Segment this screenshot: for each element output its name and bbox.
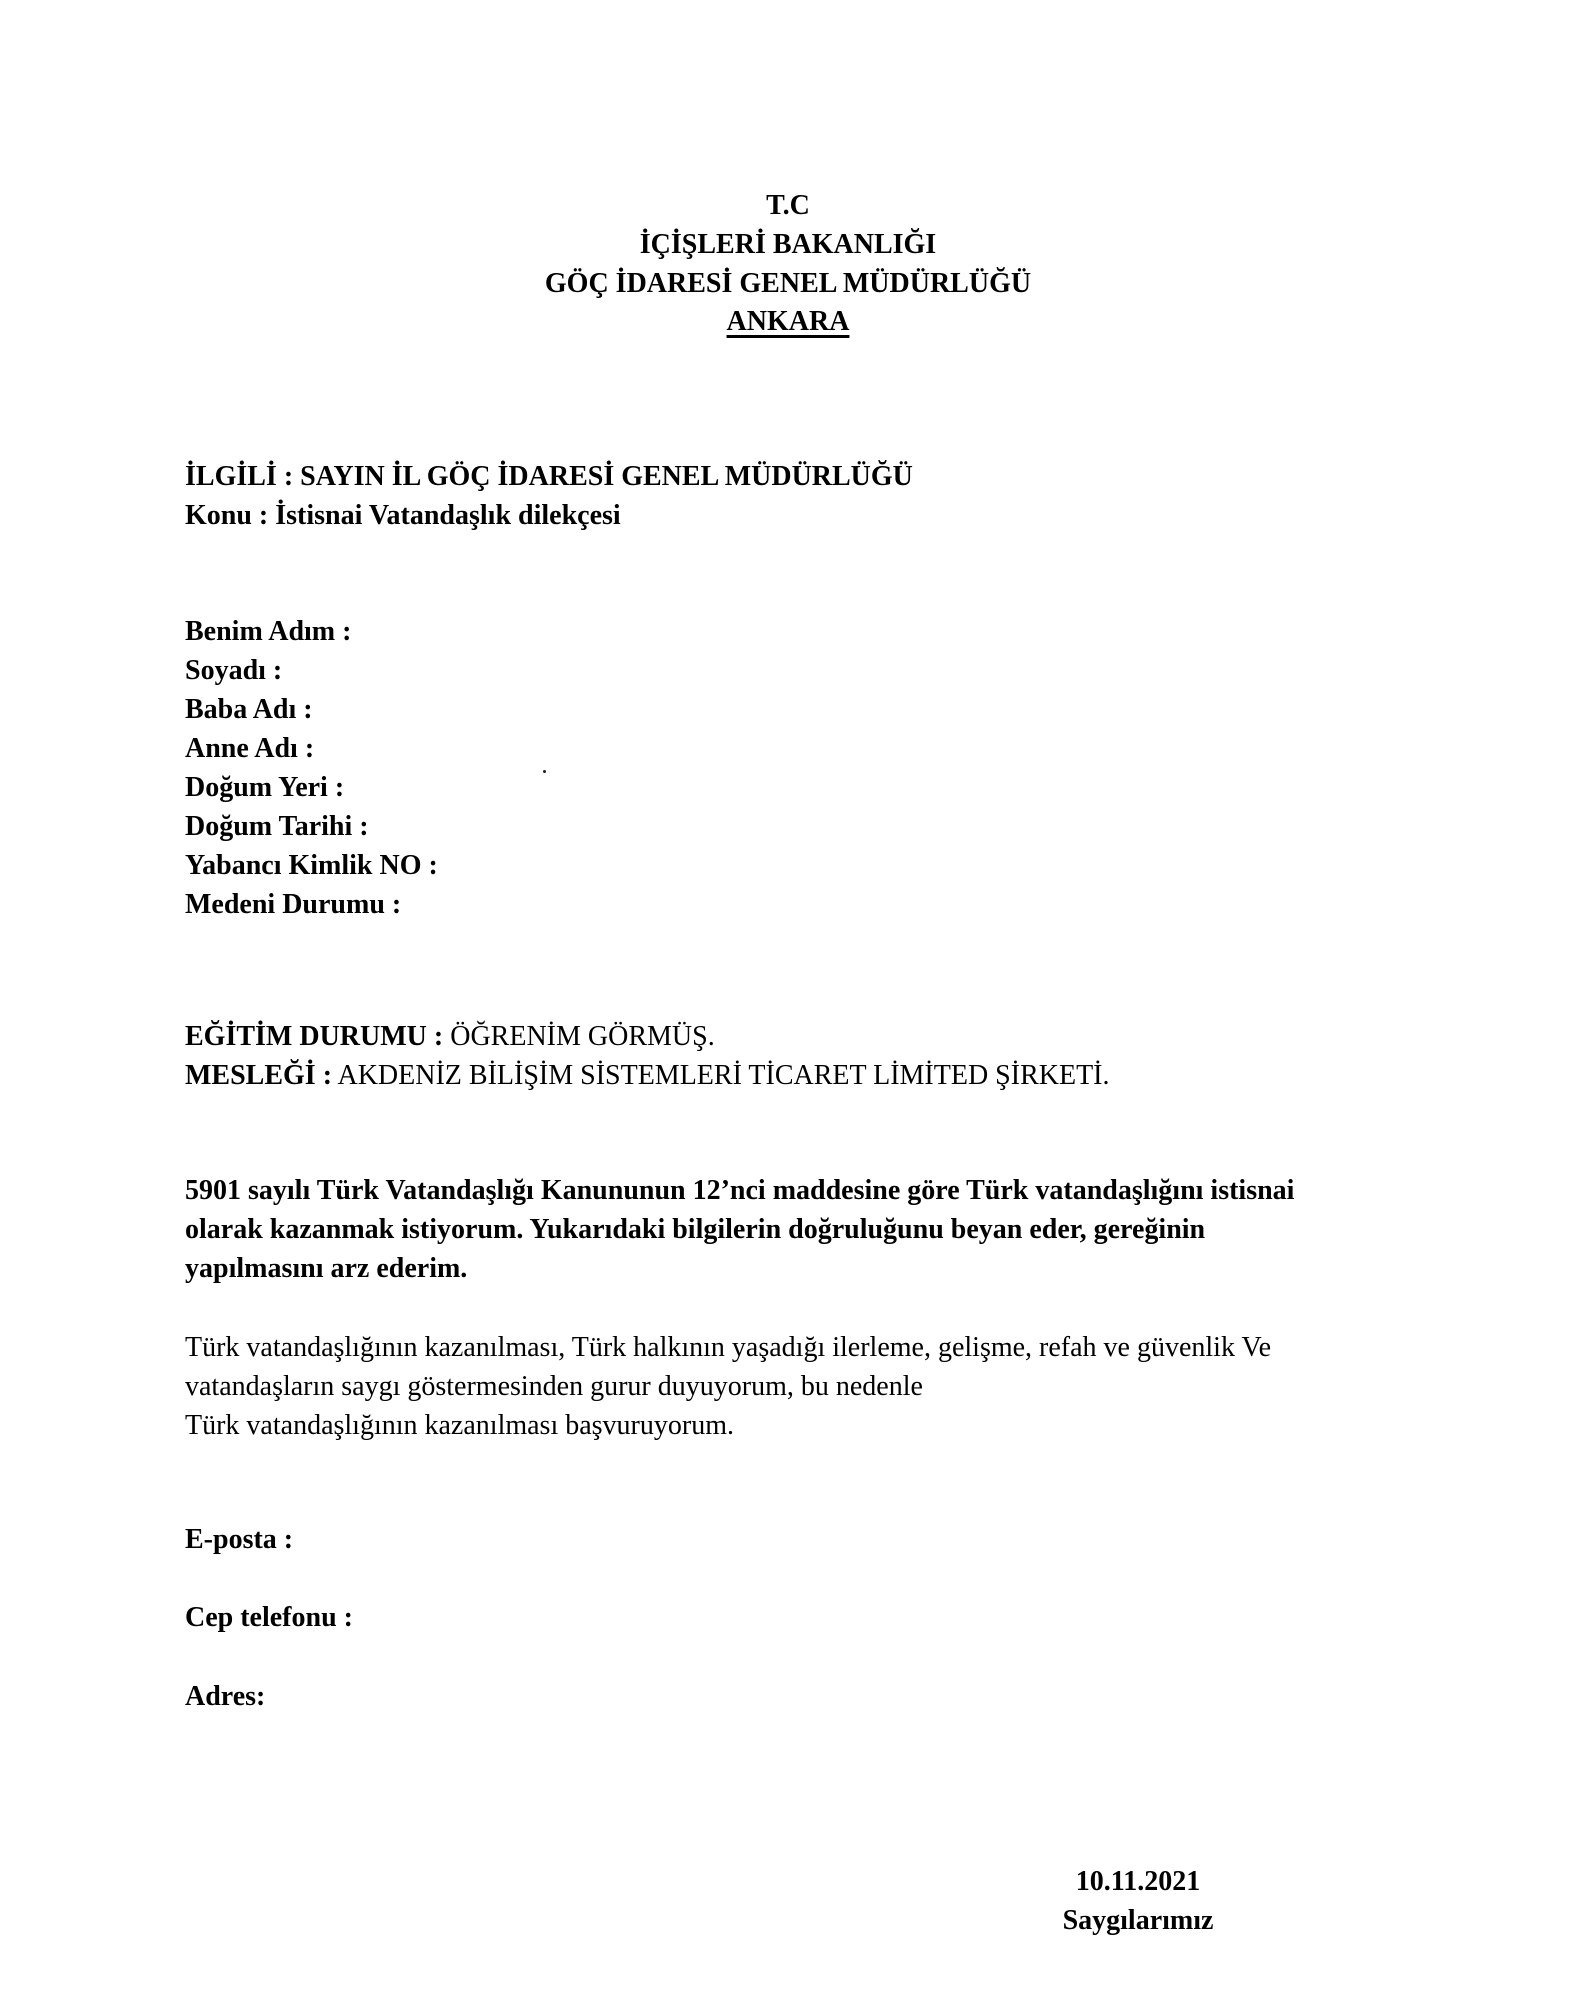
header-tc: T.C xyxy=(0,192,1576,220)
field-foreign-id: Yabancı Kimlik NO : xyxy=(185,852,438,880)
header-city: ANKARA xyxy=(0,308,1576,336)
field-address: Adres: xyxy=(185,1683,265,1711)
header-city-text: ANKARA xyxy=(727,306,850,337)
statement-line-3: Türk vatandaşlığının kazanılması başvuru… xyxy=(185,1412,734,1440)
header-ministry: İÇİŞLERİ BAKANLIĞI xyxy=(0,231,1576,259)
field-first-name: Benim Adım : xyxy=(185,618,351,646)
field-birthplace: Doğum Yeri : xyxy=(185,774,344,802)
statement-line-2: vatandaşların saygı göstermesinden gurur… xyxy=(185,1373,923,1401)
field-phone: Cep telefonu : xyxy=(185,1604,353,1632)
education-label: EĞİTİM DURUMU : xyxy=(185,1021,443,1052)
education-value: ÖĞRENİM GÖRMÜŞ. xyxy=(443,1021,714,1052)
declaration-line-1: 5901 sayılı Türk Vatandaşlığı Kanununun … xyxy=(185,1177,1294,1205)
occupation-label: MESLEĞİ : xyxy=(185,1060,332,1091)
declaration-line-2: olarak kazanmak istiyorum. Yukarıdaki bi… xyxy=(185,1216,1205,1244)
stray-mark xyxy=(543,770,546,773)
signature-closing: Saygılarımız xyxy=(1063,1907,1214,1935)
field-marital-status: Medeni Durumu : xyxy=(185,891,401,919)
field-birthdate: Doğum Tarihi : xyxy=(185,813,369,841)
occupation-line: MESLEĞİ : AKDENİZ BİLİŞİM SİSTEMLERİ TİC… xyxy=(185,1062,1110,1090)
statement-line-1: Türk vatandaşlığının kazanılması, Türk h… xyxy=(185,1334,1271,1362)
signature-date: 10.11.2021 xyxy=(1076,1868,1200,1896)
ilgili-line: İLGİLİ : SAYIN İL GÖÇ İDARESİ GENEL MÜDÜ… xyxy=(185,463,913,491)
field-father-name: Baba Adı : xyxy=(185,696,313,724)
konu-line: Konu : İstisnai Vatandaşlık dilekçesi xyxy=(185,502,621,530)
declaration-line-3: yapılmasını arz ederim. xyxy=(185,1255,467,1283)
education-line: EĞİTİM DURUMU : ÖĞRENİM GÖRMÜŞ. xyxy=(185,1023,715,1051)
field-surname: Soyadı : xyxy=(185,657,282,685)
field-mother-name: Anne Adı : xyxy=(185,735,314,763)
field-email: E-posta : xyxy=(185,1526,293,1554)
occupation-value: AKDENİZ BİLİŞİM SİSTEMLERİ TİCARET LİMİT… xyxy=(332,1060,1109,1091)
header-directorate: GÖÇ İDARESİ GENEL MÜDÜRLÜĞÜ xyxy=(0,270,1576,298)
